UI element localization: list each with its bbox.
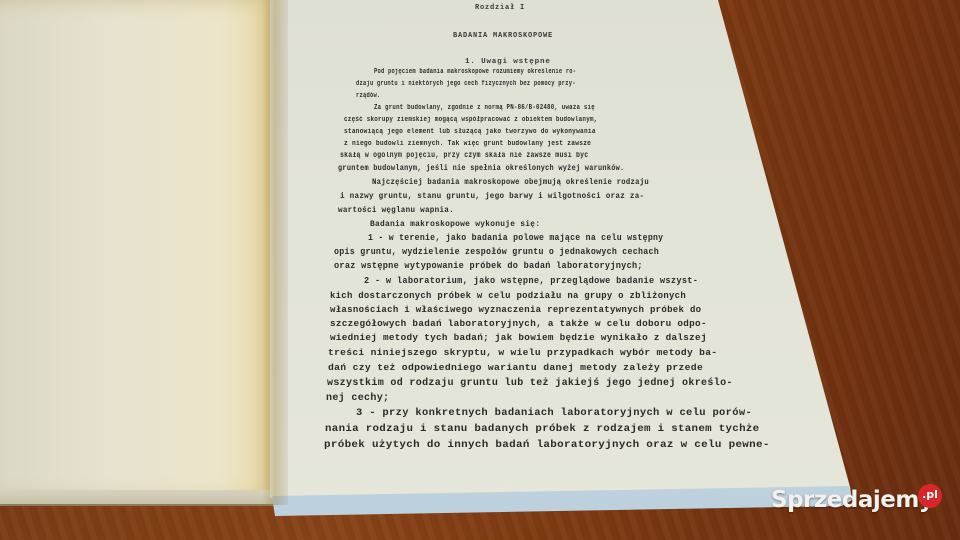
text-line: i nazwy gruntu, stanu gruntu, jego barwy…: [340, 191, 644, 201]
text-line: opis gruntu, wydzielenie zespołów gruntu…: [334, 247, 659, 257]
text-line: skałą w ogólnym pojęciu, przy czym skała…: [340, 152, 588, 160]
text-line: dzaju gruntu i niektórych jego cech fizy…: [356, 80, 576, 88]
watermark-logo: Sprzedajemy: [771, 487, 933, 513]
text-line: 3 - przy konkretnych badaniach laborator…: [356, 408, 752, 419]
text-line: Za grunt budowlany, zgodnie z normą PN-8…: [374, 104, 595, 112]
watermark-badge: .pl: [918, 484, 942, 508]
text-line: kich dostarczonych próbek w celu podział…: [330, 290, 686, 301]
text-line: oraz wstępne wytypowanie próbek do badań…: [334, 261, 643, 271]
text-line: Pod pojęciem badania makroskopowe rozumi…: [374, 68, 576, 76]
text-line: wartości węglanu wapnia.: [338, 205, 454, 215]
text-line: próbek użytych do innych badań laborator…: [324, 440, 770, 451]
chapter-label: Rozdział I: [475, 4, 525, 12]
section-heading: 1. Uwagi wstępne: [465, 58, 551, 66]
text-line: szczegółowych badań laboratoryjnych, a t…: [330, 318, 707, 329]
chapter-title: BADANIA MAKROSKOPOWE: [453, 32, 553, 40]
text-line: rządów.: [356, 92, 380, 100]
text-line: 2 - w laboratorium, jako wstępne, przegl…: [364, 276, 698, 286]
text-line: stanowiącą jego element lub służącą jako…: [344, 128, 596, 136]
text-line: część skorupy ziemskiej mogącą współprac…: [344, 116, 598, 124]
text-line: własnościach i właściwego wyznaczenia re…: [330, 304, 701, 315]
text-line: wiedniej metody tych badań; jak bowiem b…: [330, 332, 707, 343]
text-line: nej cechy;: [326, 392, 389, 403]
text-line: gruntem budowlanym, jeśli nie spełnia ok…: [338, 164, 624, 173]
text-line: dań czy też odpowiedniego wariantu danej…: [328, 362, 703, 373]
typewritten-text: Rozdział I BADANIA MAKROSKOPOWE 1. Uwagi…: [0, 0, 960, 540]
text-line: Badania makroskopowe wykonuje się:: [370, 219, 540, 229]
text-line: wszystkim od rodzaju gruntu lub też jaki…: [327, 377, 733, 388]
text-line: treści niniejszego skryptu, w wielu przy…: [328, 347, 717, 358]
text-line: 1 - w terenie, jako badania polowe mając…: [368, 233, 663, 243]
text-line: z niego budowli ziemnych. Tak więc grunt…: [344, 140, 591, 148]
text-line: nania rodzaju i stanu badanych próbek z …: [325, 424, 759, 435]
text-line: Najczęściej badania makroskopowe obejmuj…: [372, 178, 649, 187]
